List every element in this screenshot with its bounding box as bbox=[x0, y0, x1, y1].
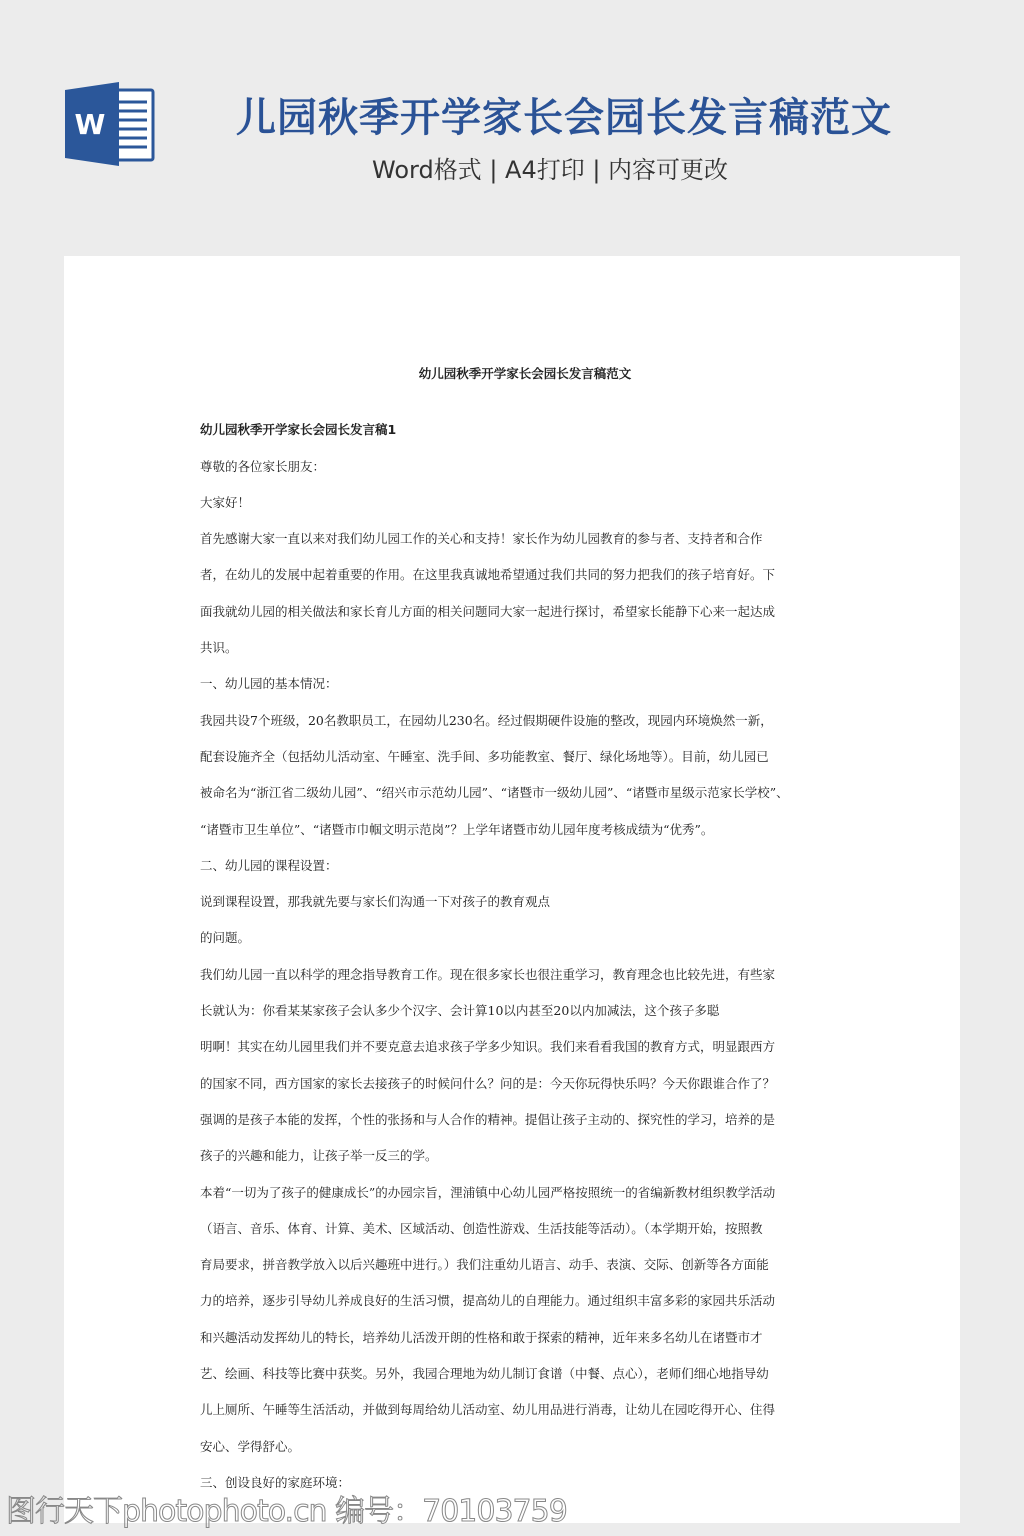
document-body: 幼儿园秋季开学家长会园长发言稿范文 幼儿园秋季开学家长会园长发言稿1 尊敬的各位… bbox=[200, 356, 850, 1501]
watermark: 图行天下photophoto.cn 编号：70103759 bbox=[6, 1486, 567, 1530]
section-heading: 二、幼儿园的课程设置： bbox=[200, 848, 850, 884]
paragraph-line: 者，在幼儿的发展中起着重要的作用。在这里我真诚地希望通过我们共同的努力把我们的孩… bbox=[200, 557, 850, 593]
document-page: 幼儿园秋季开学家长会园长发言稿范文 幼儿园秋季开学家长会园长发言稿1 尊敬的各位… bbox=[64, 256, 960, 1523]
paragraph-line: 的国家不同，西方国家的家长去接孩子的时候问什么？问的是：今天你玩得快乐吗？今天你… bbox=[200, 1066, 850, 1102]
paragraph-line: 的问题。 bbox=[200, 920, 850, 956]
paragraph-line: 配套设施齐全（包括幼儿活动室、午睡室、洗手间、多功能教室、餐厅、绿化场地等）。目… bbox=[200, 739, 850, 775]
paragraph-line: 力的培养，逐步引导幼儿养成良好的生活习惯，提高幼儿的自理能力。通过组织丰富多彩的… bbox=[200, 1283, 850, 1319]
paragraph-line: （语言、音乐、体育、计算、美术、区域活动、创造性游戏、生活技能等活动）。（本学期… bbox=[200, 1211, 850, 1247]
paragraph-line: “诸暨市卫生单位”、“诸暨市巾帼文明示范岗”？上学年诸暨市幼儿园年度考核成绩为“… bbox=[200, 812, 850, 848]
paragraph-line: 本着“一切为了孩子的健康成长”的办园宗旨，浬浦镇中心幼儿园严格按照统一的省编新教… bbox=[200, 1175, 850, 1211]
paragraph-line: 被命名为“浙江省二级幼儿园”、“绍兴市示范幼儿园”、“诸暨市一级幼儿园”、“诸暨… bbox=[200, 775, 850, 811]
salutation: 尊敬的各位家长朋友： bbox=[200, 449, 850, 485]
header-banner: W 儿园秋季开学家长会园长发言稿范文 Word格式 | A4打印 | 内容可更改 bbox=[0, 0, 1024, 256]
paragraph-line: 艺、绘画、科技等比赛中获奖。另外，我园合理地为幼儿制订食谱（中餐、点心），老师们… bbox=[200, 1356, 850, 1392]
svg-text:W: W bbox=[75, 108, 106, 141]
paragraph-line: 首先感谢大家一直以来对我们幼儿园工作的关心和支持！家长作为幼儿园教育的参与者、支… bbox=[200, 521, 850, 557]
greeting: 大家好！ bbox=[200, 485, 850, 521]
paragraph-line: 安心、学得舒心。 bbox=[200, 1429, 850, 1465]
paragraph-line: 面我就幼儿园的相关做法和家长育儿方面的相关问题同大家一起进行探讨，希望家长能静下… bbox=[200, 594, 850, 630]
paragraph-line: 孩子的兴趣和能力，让孩子举一反三的学。 bbox=[200, 1138, 850, 1174]
section-heading: 一、幼儿园的基本情况： bbox=[200, 666, 850, 702]
paragraph-line: 明啊！其实在幼儿园里我们并不要克意去追求孩子学多少知识。我们来看看我国的教育方式… bbox=[200, 1029, 850, 1065]
paragraph-line: 和兴趣活动发挥幼儿的特长，培养幼儿活泼开朗的性格和敢于探索的精神，近年来多名幼儿… bbox=[200, 1320, 850, 1356]
paragraph-line: 长就认为：你看某某家孩子会认多少个汉字、会计算10以内甚至20以内加减法，这个孩… bbox=[200, 993, 850, 1029]
word-document-icon: W bbox=[65, 82, 157, 166]
banner-title: 儿园秋季开学家长会园长发言稿范文 bbox=[236, 92, 896, 144]
paragraph-line: 说到课程设置，那我就先要与家长们沟通一下对孩子的教育观点 bbox=[200, 884, 850, 920]
paragraph-line: 育局要求，拼音教学放入以后兴趣班中进行。）我们注重幼儿语言、动手、表演、交际、创… bbox=[200, 1247, 850, 1283]
paragraph-line: 共识。 bbox=[200, 630, 850, 666]
document-title: 幼儿园秋季开学家长会园长发言稿范文 bbox=[200, 356, 850, 392]
paragraph-line: 我园共设7个班级，20名教职员工，在园幼儿230名。经过假期硬件设施的整改，现园… bbox=[200, 703, 850, 739]
banner-subtitle: Word格式 | A4打印 | 内容可更改 bbox=[372, 152, 728, 188]
paragraph-line: 强调的是孩子本能的发挥，个性的张扬和与人合作的精神。提倡让孩子主动的、探究性的学… bbox=[200, 1102, 850, 1138]
section-heading: 幼儿园秋季开学家长会园长发言稿1 bbox=[200, 412, 850, 448]
paragraph-line: 儿上厕所、午睡等生活活动，并做到每周给幼儿活动室、幼儿用品进行消毒，让幼儿在园吃… bbox=[200, 1392, 850, 1428]
paragraph-line: 我们幼儿园一直以科学的理念指导教育工作。现在很多家长也很注重学习，教育理念也比较… bbox=[200, 957, 850, 993]
